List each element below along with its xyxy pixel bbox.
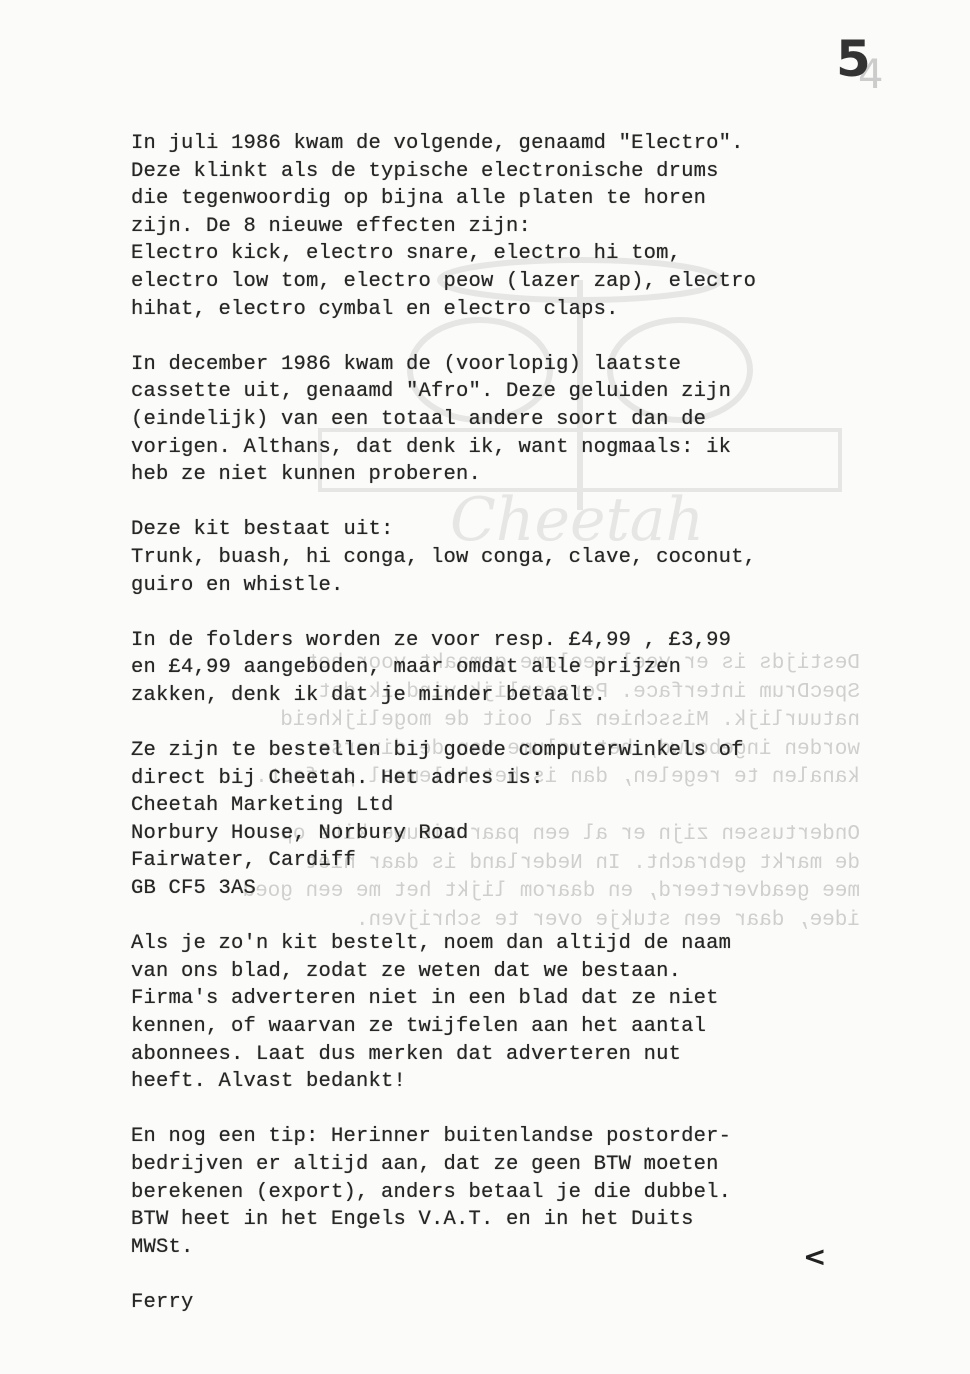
article-body: In juli 1986 kwam de volgende, genaamd "… xyxy=(131,130,851,1344)
text-line: berekenen (export), anders betaal je die… xyxy=(131,1179,851,1207)
text-line: hihat, electro cymbal en electro claps. xyxy=(131,296,851,324)
text-line: En nog een tip: Herinner buitenlandse po… xyxy=(131,1123,851,1151)
text-line: en £4,99 aangeboden, maar omdat alle pri… xyxy=(131,654,851,682)
text-line: In de folders worden ze voor resp. £4,99… xyxy=(131,627,851,655)
paragraph: En nog een tip: Herinner buitenlandse po… xyxy=(131,1123,851,1261)
text-line: Als je zo'n kit bestelt, noem dan altijd… xyxy=(131,930,851,958)
text-line: Deze klinkt als de typische electronisch… xyxy=(131,158,851,186)
text-line: heb ze niet kunnen proberen. xyxy=(131,461,851,489)
text-line: bedrijven er altijd aan, dat ze geen BTW… xyxy=(131,1151,851,1179)
text-line: electro low tom, electro peow (lazer zap… xyxy=(131,268,851,296)
paragraph: Ze zijn te bestellen bij goede computerw… xyxy=(131,737,851,903)
text-line: cassette uit, genaamd "Afro". Deze gelui… xyxy=(131,378,851,406)
paragraph: In de folders worden ze voor resp. £4,99… xyxy=(131,627,851,710)
text-line: guiro en whistle. xyxy=(131,572,851,600)
text-line: Electro kick, electro snare, electro hi … xyxy=(131,240,851,268)
document-page: Cheetah Destijds is er veel reclame gema… xyxy=(0,0,970,1374)
text-line: Cheetah Marketing Ltd xyxy=(131,792,851,820)
page-number: 5 xyxy=(836,30,871,88)
text-line: direct bij Cheetah. Het adres is: xyxy=(131,765,851,793)
text-line: van ons blad, zodat ze weten dat we best… xyxy=(131,958,851,986)
paragraph: Als je zo'n kit bestelt, noem dan altijd… xyxy=(131,930,851,1096)
text-line: vorigen. Althans, dat denk ik, want nogm… xyxy=(131,434,851,462)
text-line: zakken, denk ik dat je minder betaalt. xyxy=(131,682,851,710)
text-line: In december 1986 kwam de (voorlopig) laa… xyxy=(131,351,851,379)
text-line: Ze zijn te bestellen bij goede computerw… xyxy=(131,737,851,765)
text-line: BTW heet in het Engels V.A.T. en in het … xyxy=(131,1206,851,1234)
text-line: die tegenwoordig op bijna alle platen te… xyxy=(131,185,851,213)
text-line: MWSt. xyxy=(131,1234,851,1262)
text-line: abonnees. Laat dus merken dat adverteren… xyxy=(131,1041,851,1069)
text-line: Deze kit bestaat uit: xyxy=(131,516,851,544)
text-line: Fairwater, Cardiff xyxy=(131,847,851,875)
paragraph: Deze kit bestaat uit:Trunk, buash, hi co… xyxy=(131,516,851,599)
margin-mark: < xyxy=(803,1240,826,1273)
paragraph: In juli 1986 kwam de volgende, genaamd "… xyxy=(131,130,851,323)
text-line: Norbury House, Norbury Road xyxy=(131,820,851,848)
text-line: GB CF5 3AS xyxy=(131,875,851,903)
text-line: kennen, of waarvan ze twijfelen aan het … xyxy=(131,1013,851,1041)
text-line: In juli 1986 kwam de volgende, genaamd "… xyxy=(131,130,851,158)
text-line: Trunk, buash, hi conga, low conga, clave… xyxy=(131,544,851,572)
paragraph: In december 1986 kwam de (voorlopig) laa… xyxy=(131,351,851,489)
text-line: (eindelijk) van een totaal andere soort … xyxy=(131,406,851,434)
signature: Ferry xyxy=(131,1289,851,1317)
text-line: Firma's adverteren niet in een blad dat … xyxy=(131,985,851,1013)
text-line: heeft. Alvast bedankt! xyxy=(131,1068,851,1096)
text-line: zijn. De 8 nieuwe effecten zijn: xyxy=(131,213,851,241)
